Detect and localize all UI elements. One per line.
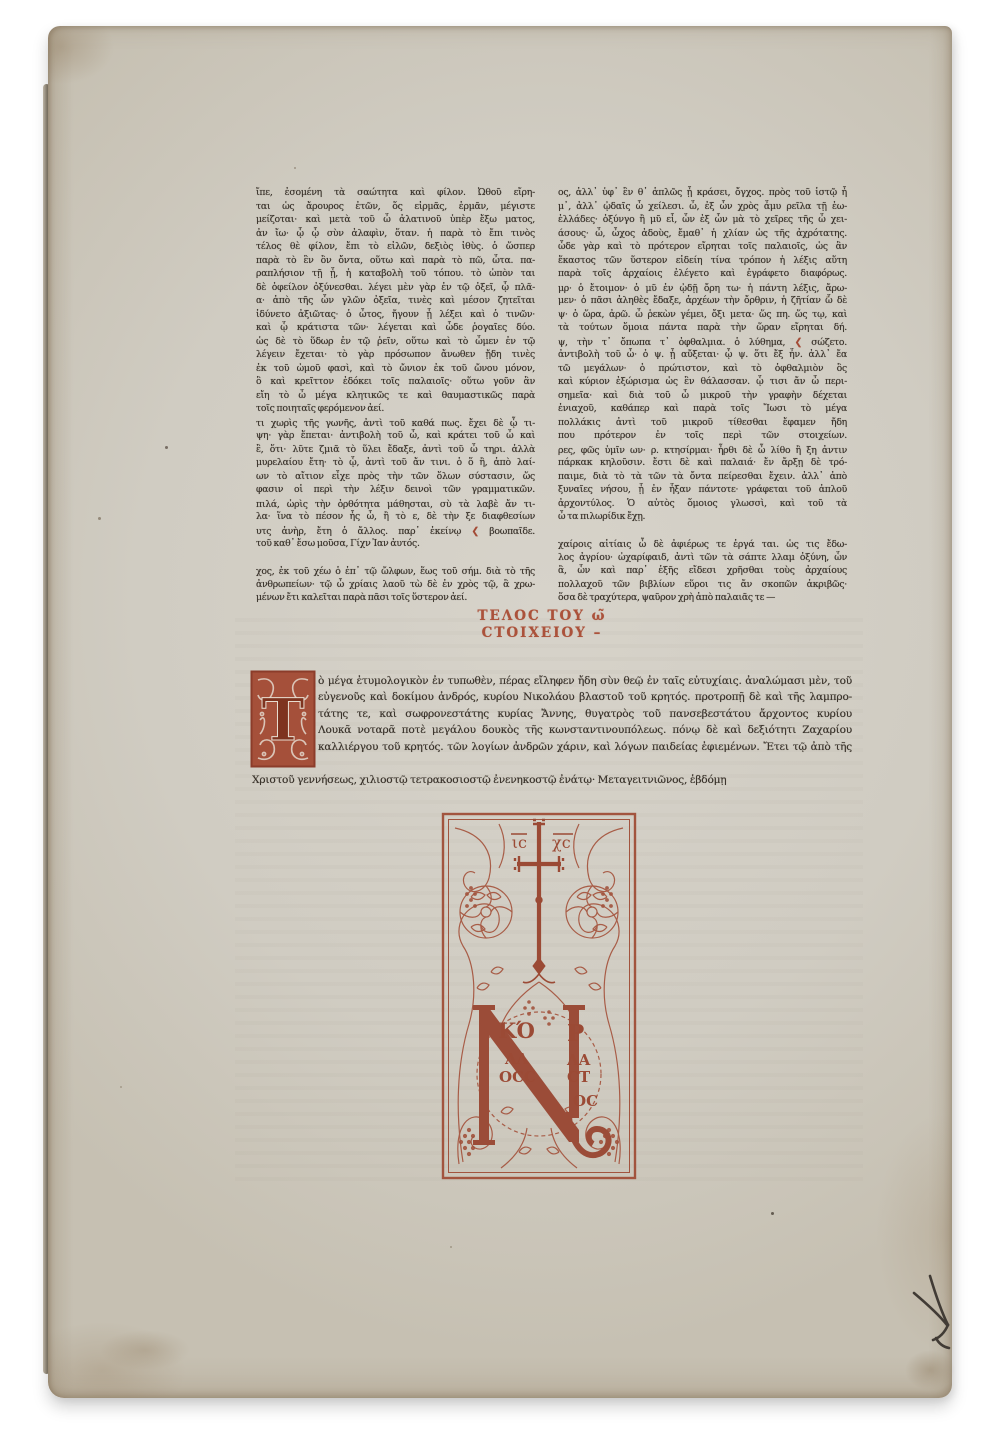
christogram: ιϲ χϲ [511, 833, 573, 852]
text-line: Ὦυτς ἀνὴρ, ἔτη ὁ ἄλλος. παρ᾽ ἐκείνῳ ❮ βο… [256, 524, 535, 538]
text-line: πάρκακ κηλοῦσιν. ἔστι δὲ καὶ παλαιά· ἔν … [558, 456, 847, 470]
text-line: Ὦτι χωρὶς τῆς γωνῆς, ἀντὶ τοῦ καθά πως. … [256, 416, 535, 430]
text-line: Ὦπιλά, ὡρὶς τὴν ὀρθότητα μάθησται, σὺ τὰ… [256, 497, 535, 511]
section-end-heading: ΤΕΛΟϹ ΤΟΥ ω̃ ϹΤΟΙΧΕΙΟΥ – [402, 608, 682, 641]
syllable-la: ΛΑ [566, 1051, 591, 1069]
text-line: σημεῖα· καὶ διὰ τοῦ ὦ μικροῦ τὴν γραφὴν … [558, 389, 847, 403]
text-line: μείζοται· καὶ μετὰ τοῦ ὦ ἀλατινοῦ ὑπὲρ ἔ… [256, 213, 535, 227]
colophon-initial-letter: Τ [261, 686, 304, 754]
ink-smudge [100, 1330, 190, 1370]
text-line: ραπλήσιον τῇ ᾗ, ἡ καταβολὴ τοῦ τόπου. τὸ… [256, 267, 535, 281]
text-line: τὰ τούτων ὅμοια πάντα παρὰ τὴν ὥραν εἴρη… [558, 321, 847, 335]
text-line: ἕκαστος τῶν ὕστερον εἰδείη τίνα τρόπον ἡ… [558, 254, 847, 268]
rubric-diple-icon: ❮ [471, 526, 479, 537]
text-line: ος, ἀλλ᾽ ὑφ᾽ ἓν θ᾽ ἁπλῶς ᾗ κράσει, ὄγχος… [558, 186, 847, 200]
text-line: τῶ μεγάλων· ὁ πρώτιστον, καὶ τὸ ὀφθαλμιὸ… [558, 362, 847, 376]
right-text-column: ος, ἀλλ᾽ ὑφ᾽ ἓν θ᾽ ἁπλῶς ᾗ κράσει, ὄγχος… [558, 186, 847, 605]
text-line: ἐνιαχοῦ, καθάπερ καὶ παρὰ τοῖς Ἴωσι τὸ μ… [558, 402, 847, 416]
text-line: ται ὡς ἄρουρος ἐτῶν, ὅς εἱρμᾶς, ἑρμᾶν, μ… [256, 200, 535, 214]
text-line: πολλαχοῦ τῶν βιβλίων εὕροι τις ἄν σκοπῶν… [558, 578, 847, 592]
text-line: Ὦψ, τὴν τ᾽ ὄπωπα τ᾽ ὀφθαλμια. ὁ λύθημα, … [558, 335, 847, 349]
syllable-os: ΟϹϹ [499, 1068, 536, 1086]
foxing-speck [294, 167, 296, 169]
text-line: α· ἀπὸ τῆς ὧν γλῶν ὀξεῖα, τινὲς καὶ μέσο… [256, 294, 535, 308]
text-line: ἑλλάδες· ὀξύνγο ἢ μῦ εἶ, ὧν ἐξ ὧν μὰ τὸ … [558, 213, 847, 227]
colophon-line: εὐγενοῦς καὶ δοκίμου ἀνδρός, κυρίου Νικο… [318, 689, 852, 705]
text-line: τέλος θὲ φίλον, ἔπι τὸ εἰλῶν, δεξιὸς ἰθὺ… [256, 240, 535, 254]
text-line: Ὦμρ· ὁ ἔτοιμον· ὁ μῦ ἐν ᾠδῇ ὄρη τω· ἡ πά… [558, 281, 847, 295]
text-line: παιμε, διὰ τὸ τὰ τῶν τὰ ὄντα πείρεσθαι ἔ… [558, 470, 847, 484]
rubric-diple-icon: ❮ [794, 337, 802, 348]
text-line: ψη· γὰρ ἕπεται· ἀντιβολὴ τοῦ ὦ, καὶ κράτ… [256, 429, 535, 443]
text-line: ἀντιβολὴ τοῦ ὦ· ὀ ψ. ᾗ αὔξεται· ᾧ ψ. ὅτι… [558, 348, 847, 362]
text-line: καὶ ᾧ κράτιστα τῶν· λέγεται καὶ ὧδε ῥογα… [256, 321, 535, 335]
text-line: Ὦρες, φῶς ὑμῖν ων· ρ. κτησίρμαι· ἦρθι δὲ… [558, 443, 847, 457]
printers-device: ιϲ χϲ ΚΌ Ρ ΛΛ ΛΑ ΟϹϹ ϹΤ ΟϹ [441, 812, 637, 1180]
text-line: ὡς δὲ τὸ ὕδωρ ἐν τῷ ῥεῖν, οὕτω καὶ τὸ ὦμ… [256, 335, 535, 349]
text-line: παρὰ τοῖς ἀρχαίοις ἐλέγετο καὶ ἐγράφετο … [558, 267, 847, 281]
text-line [558, 524, 847, 538]
text-line: καὶ κύριον ἐξώρισμα ὡς ἓν θάλασσαν. ᾧ τι… [558, 375, 847, 389]
colophon-line: καλλιέργου τοῦ κρητός. τῶν λογίων ἀνδρῶν… [318, 739, 852, 755]
foxing-speck [98, 517, 101, 520]
colophon-line: ὸ μέγα ἐτυμολογικὸν ἐν τυπωθὲν, πέρας εἴ… [318, 673, 852, 689]
text-line: ὦ τα πιλωρίδικ ἔχῃ. [558, 510, 847, 524]
syllable-ko: ΚΌ [498, 1018, 535, 1043]
text-line: ἀν ἴω· ᾧ ᾧ σὺν ἀλαφὶν, ὅταν. ἡ παρὰ τὸ ἔ… [256, 227, 535, 241]
text-line: τοῦ καθ᾽ ἔσω μοῦσα, Γίχν Ἰαν ἀυτός. [256, 537, 535, 551]
foxing-speck [771, 1212, 774, 1215]
text-line: άσους· ὦ, ὦχος ἀδοὺς, ἔμαθ᾽ ἡ χλίαν ὡς τ… [558, 227, 847, 241]
heading-line-1: ΤΕΛΟϹ ΤΟΥ ω̃ [402, 608, 682, 625]
text-line: ὅσα δὲ τραχύτερα, ψαῦρον χρὴ ἀπὸ παλαιᾶς… [558, 591, 847, 605]
text-line: λέγειν ἔχεται· τὸ γὰρ πρόσωπον ἄνωθεν ᾔδ… [256, 348, 535, 362]
text-line: ἴπε, ἐσομένη τὰ σαώτητα καὶ φίλον. Ὠθοῦ … [256, 186, 535, 200]
text-line: Ὦχαίροις αἰτίαις ὦ δὲ ἀφιέρως τε ἐργά τα… [558, 537, 847, 551]
left-text-column: ἴπε, ἐσομένη τὰ σαώτητα καὶ φίλον. Ὠθοῦ … [256, 186, 535, 605]
text-line: Ὦχος, ἐκ τοῦ χέω ὁ ἐπ᾽ τῷ ὤλφων, ἕως τοῦ… [256, 564, 535, 578]
text-line: ξυναῖες νήσου, ᾗ ἐν ἧξαν πάντοτε· γράφετ… [558, 483, 847, 497]
text-line: δὲ ὀφείλον ὀξύνεσθαι. λέγει μὲν γὰρ ἐν τ… [256, 281, 535, 295]
foxing-speck [120, 1086, 122, 1088]
photo-background: ἴπε, ἐσομένη τὰ σαώτητα καὶ φίλον. Ὠθοῦ … [0, 0, 1000, 1442]
syllable-r: Ρ [567, 1020, 584, 1047]
text-line: μυρελαίου ἔτη· τὸ ᾧ, ἀντὶ τοῦ ἄν τινι. ὁ… [256, 456, 535, 470]
christogram-ic: ιϲ [512, 833, 527, 852]
syllable-ll: ΛΛ [504, 1050, 529, 1068]
text-line: ἰδύνετο ἀξιῶτας· ὁ ὦτος, ἤγουν ᾗ λέξει κ… [256, 308, 535, 322]
text-line: μένων ἔτι καλεῖται παρὰ πᾶσι τοῖς ὕστερο… [256, 591, 535, 605]
text-line: τοῖς ποιηταῖς φερόμενον ἀεί. [256, 402, 535, 416]
text-line: λα· ἵνα τὸ πέσον ἧς ὦ, ἢ τὸ ε, δὲ τὴν ξε… [256, 510, 535, 524]
text-line: ἒ, ὅτι· λῦτε ζμιᾶ τὸ ὕλει ἔδαξε, ἀντὶ το… [256, 443, 535, 457]
text-line: μεν· ὁ πᾶσι ἀληθὲς ἔδαξε, ἀρχέων τὴν ὄρθ… [558, 294, 847, 308]
text-line: λος ἀγρίου· ὠχαρίφαιδ, ἀντὶ τῶν τὰ σάπτε… [558, 551, 847, 565]
text-line: φασιν οἱ περὶ τὴν λέξιν δεινοὶ τῶν γραμμ… [256, 483, 535, 497]
text-line: εἴη τὸ ὦ μέγα κλητικῶς τε καὶ θαυμαστικῶ… [256, 389, 535, 403]
text-line: ὧδε γὰρ καὶ τὸ πρότερον εἴρηται τοῖς παλ… [558, 240, 847, 254]
christogram-xc: χϲ [552, 833, 571, 852]
foxing-speck [450, 1246, 452, 1248]
text-line: ἀνθρωπείων· τῷ ὦ χρίαις λαοῦ τὼ δὲ ἐν χρ… [256, 578, 535, 592]
syllable-st: ϹΤ [567, 1068, 591, 1086]
pen-mark-icon [903, 1268, 961, 1350]
colophon-line: Λουκᾶ νοταρᾶ ποτὲ μεγάλου δουκὸς τῆς κων… [318, 722, 852, 738]
foxing-speck [165, 446, 168, 449]
text-line: ἀρχοντύλος. Ὁ αὐτὸς ὅμοιος γλωσσὶ, καὶ τ… [558, 497, 847, 511]
syllable-os2: ΟϹ [573, 1092, 598, 1110]
text-line: παρὰ τὸ ἓν ὂν ὄντα, οὕτω καὶ παρὰ τὸ πῶ,… [256, 254, 535, 268]
colophon-initial-block: Τ [250, 670, 316, 768]
text-line: ψ· ὁ ὥρα, ἀρῶ. ὦ ῥεκὼν γέμει, ὄξι μετα· … [558, 308, 847, 322]
text-line: ἃ, ὧν καὶ παρ᾽ ἑξῆς εἴδεσι χρῆσθαι τοὺς … [558, 564, 847, 578]
text-line: ἐκ τοῦ ὠμοῦ φασὶ, καὶ τὸ ὤνιον ἐκ τοῦ ὤν… [256, 362, 535, 376]
text-line [256, 551, 535, 565]
text-line: πολλάκις ἀντὶ τοῦ μικροῦ τίθεσθαι ἔφαμεν… [558, 416, 847, 430]
colophon-last-line: Χριστοῦ γεννήσεως, χιλιοστῷ τετρακοσιοστ… [252, 772, 777, 789]
text-line: ων τὸ αἴτιον εἶχε πρὸς τὴν τῶν ὅλων σύστ… [256, 470, 535, 484]
colophon: ὸ μέγα ἐτυμολογικὸν ἐν τυπωθὲν, πέρας εἴ… [318, 673, 852, 755]
text-line: ὃ καὶ κρεῖττον ἐδόκει τοῖς παλαιοῖς· οὕτ… [256, 375, 535, 389]
heading-line-2: ϹΤΟΙΧΕΙΟΥ – [402, 625, 682, 642]
ink-smudge [905, 1350, 955, 1390]
colophon-line: τάτης τε, καὶ σωφρονεστάτης κυρίας Ἄννης… [318, 706, 852, 722]
text-line: μ᾽, ἀλλ᾽ ᾠδαῖς ὦ χείλεσι. ὦ, ἐξ ὧν χρὸς … [558, 200, 847, 214]
text-line: που πρότερον ἐν τοῖς περὶ τῶν στοιχείων. [558, 429, 847, 443]
